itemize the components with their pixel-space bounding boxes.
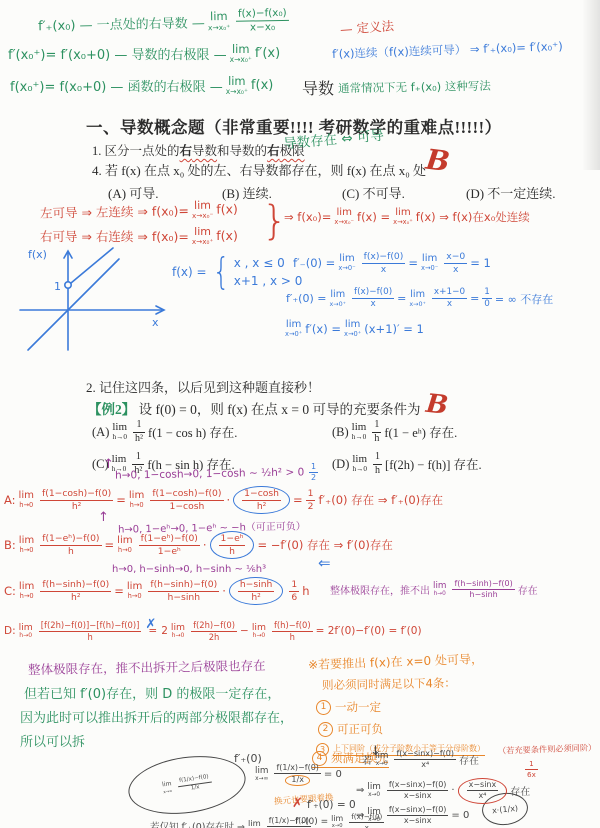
formula-token: ⇒ [356,810,364,821]
scratch-partial-bottom-line: 若仅知 f′₊(0)存在时 ⇒ limx→∞f(1/x)−f(0)1/x [150,817,314,828]
formula-token: limh→0 [127,582,142,600]
tip-remember-four: 2. 记住这四条，以后见到这种题直接秒！ [86,377,320,396]
formula-token: f(x) [251,78,273,93]
formula-token: limx→0⁺ [329,290,346,307]
q1-right-handwritten-2: 右 [267,144,280,158]
formula-token: f(x) ⇒ f(x)在x₀处连续 [416,209,530,225]
scratch-red-one-sixth-x: 16x [522,760,541,778]
formula-token: 存在 [459,752,479,767]
circled-number-1: 1 [316,700,331,715]
formula-token: f(1−cosh)−f(0)1−cosh [150,489,223,511]
piecewise-graph: f(x) x 1 [16,246,176,356]
formula-token: 10 [482,288,492,309]
formula-token: f′₊(x₀) — 一点处的右导数 — [38,12,205,34]
note-derivative-right-limit: f′(x₀⁺)= f′(x₀+0) — 导数的右极限 — limx→x₀⁺ f′… [8,44,280,64]
formula-token: f(x−sinx)−f(0)x−sinx [387,781,449,801]
note-right-derivative-definition: f′₊(x₀) — 一点处的右导数 — limx→x₀⁺f(x)−f(x₀)x−… [38,8,292,37]
q1-right-handwritten: 右 [180,144,193,158]
formula-token: · [227,493,231,507]
note-whole-limit-exists-c: 整体极限存在，推不出 limh→0f(h−sinh)−f(0)h−sinh 存在 [330,580,538,600]
formula-token: limh→0 [433,582,446,598]
formula-token: 16 [289,580,299,602]
formula-token: limh→0 [19,623,33,639]
formula-token: D: [4,625,16,637]
formula-token: [f(2h)−f(0)]−[f(h)−f(0)]h [39,621,142,642]
rule-heading-1: ※若要推出 f(x)在 x=0 处可导， [308,650,483,673]
work-left-differentiable: 左可导 ⇒ 左连续 ⇒ f(x₀)= limx→x₀⁻ f(x) [40,199,238,222]
formula-token: = [470,292,479,305]
formula-token: f(h)−f(0)h [272,621,313,642]
formula-token: = [116,493,126,507]
note-equivalent-infinitesimal-c: h→0, h−sinh→0, h−sinh ~ ⅙h³ [112,564,266,575]
graph-lines [20,248,164,350]
formula-token: limx→x₀⁺ [208,11,231,31]
formula-token: f(x)−f(0)x [362,252,406,274]
formula-token: 存在 [510,783,530,798]
formula-token: x−0x [444,252,467,274]
formula-token: f′(x₀⁺)= f′(x₀+0) — 导数的右极限 — [8,44,227,63]
formula-token: f(1 − eʰ) 存在. [384,423,457,441]
formula-token: 若仅知 f′₊(0)存在时 ⇒ [150,819,245,828]
circled-x-note-text: x·(1/x) [492,803,519,815]
example-2-text: 设 f(0) = 0，则 f(x) 在点 x = 0 可导的充要条件为 [139,402,421,417]
q1-text-2: 导数 [192,144,217,158]
formula-token: limx→x₀⁻ [334,208,354,226]
scratch-right-line-2: ⇒ limx→0f(x−sinx)−f(0)x−sinx · x−sinxx⁴ … [356,778,530,804]
work-left-derivative-at-0: f′₋(0) = limx→0⁻f(x)−f(0)x = limx→0⁻x−0x… [293,252,491,274]
formula-token: limx→0 [367,783,380,799]
piecewise-brace: { [213,251,230,293]
conclusion-green-2: 因为此时可以推出拆开后的两部分极限都存在， [20,707,293,726]
formula-token: 左可导 ⇒ 左连续 ⇒ f(x₀)= [40,201,189,222]
ex2-option-b: (B) limh→01h f(1 − eʰ) 存在. [332,420,457,444]
piecewise-definition: f(x) = { x , x ≤ 0 x+1 , x > 0 [172,256,302,288]
ex2-option-d: (D) limh→01h [f(2h) − f(h)] 存在. [332,452,482,476]
formula-token: limx→0⁻ [338,254,355,272]
formula-token: f(x−sinx)−f(0)x⁴ [394,750,456,770]
formula-token: 12 [306,489,316,511]
formula-token: 1−eʰh [210,531,255,559]
formula-token: x+1−0x [432,288,467,309]
formula-token: f′(x) = [305,322,341,336]
formula-token: ⇒ f(x₀)= [284,210,331,224]
formula-token: 1h² [133,420,145,444]
formula-token: limx→∞ [255,767,268,783]
note-fprime-continuous: f′(x)连续（f(x)连续可导） ⇒ f′₊(x₀)= f′(x₀⁺) [332,38,563,62]
q4-option-a: (A) 可导. [108,183,159,202]
formula-token: limx→0 [375,752,388,768]
formula-token: [f(2h) − f(h)] 存在. [385,455,482,473]
formula-token: f′₊(0) = [286,292,326,305]
formula-token: 整体极限存在，推不出 [330,582,430,597]
formula-token: = [408,256,418,270]
formula-token: A: [4,493,16,507]
formula-token: = ∞ 不存在 [495,291,553,307]
formula-token: 1h [372,420,381,444]
question-4: 4. 若 f(x) 在点 x₀ 处的左、右导数都存在，则 f(x) 在点 x₀ … [92,160,426,179]
q1-text-3: 和导数的 [217,144,267,158]
formula-token: = 1 [470,256,491,270]
scratch-wrong-claim: f′₊(0) = 0 [307,799,356,811]
rule-item-2-text: 可正可负 [337,721,383,737]
piecewise-lhs: f(x) = [172,265,207,279]
formula-token: limx→0 [331,815,343,828]
work-option-a: A: limh→0f(1−cosh)−f(0)h² = limh→0f(1−co… [4,486,443,514]
formula-token: limx→0⁺ [285,320,302,338]
note-equivalent-infinitesimal-a: h→0, 1−cosh→0, 1−cosh ~ ½h² > 0 [115,466,304,481]
formula-token: limx→x₀⁺ [192,226,213,245]
graph-label-fx: f(x) [28,248,47,261]
formula-token: = 0 [324,769,342,780]
example-2-label: 【例2】 [88,402,135,417]
arrow-up-a: ↑ [103,457,114,472]
formula-token: limh→0 [19,536,34,554]
formula-token: f′(x) [255,46,280,61]
conclusion-green-1: 但若已知 f′(0)存在，则 D 的极限一定存在， [24,683,280,702]
formula-token: = [105,538,115,552]
formula-token: f(1−eʰ)−f(0)h [40,534,101,556]
work-option-b: B: limh→0f(1−eʰ)−f(0)h = limh→0f(1−eʰ)−f… [4,531,393,559]
conclusion-green-3: 所以可以拆 [20,731,85,750]
formula-token: = 0 [451,810,469,821]
formula-token: f′₋(0) = [293,256,335,270]
arrow-back-implication: ⇐ [318,554,331,572]
formula-token: · [203,538,207,552]
formula-token: (A) [92,425,109,440]
circled-limit-blob: limx→∞f(1/x)−f(0)1/x [125,749,250,821]
formula-token: · [222,584,226,598]
formula-token: = −f′(0) 存在 ⇒ f′(0)存在 [257,537,392,553]
formula-token: 16x [525,760,538,778]
formula-token: limh→0 [117,536,132,554]
note-function-right-limit: f(x₀⁺)= f(x₀+0) — 函数的右极限 — limx→x₀⁺ f(x) [10,76,273,96]
rule-item-1-text: 一动一定 [335,699,381,715]
rule-heading-2: 则必须同时满足以下4条： [322,675,456,693]
formula-token: (D) [332,457,349,472]
formula-token: f(1/x)−f(0)1/x [267,817,311,828]
formula-token: = [293,493,303,507]
note-notation-usage: 通常情况下无 f₊(x₀) 这种写法 [338,78,491,97]
formula-token: 12 [309,463,318,483]
note-half-hint: 12 [306,463,321,483]
arrow-up-b: ↑ [98,510,109,525]
piecewise-case-2: x+1 , x > 0 [234,274,303,288]
formula-token: f(x) = [357,210,390,224]
formula-token: 1−coshh² [233,486,290,514]
work-right-limit-of-fprime: limx→0⁺ f′(x) = limx→0⁺ (x+1)′ = 1 [282,320,424,338]
formula-token: = [397,292,406,305]
formula-token: f(1/x)−f(0)1/x [177,774,212,793]
q4-option-d: (D) 不一定连续. [466,183,556,202]
formula-token: limh→0 [352,454,367,473]
formula-token: f(1 − cos h) 存在. [148,423,237,441]
formula-token: =✗ [148,625,157,637]
work-option-d: D: limh→0[f(2h)−f(0)]−[f(h)−f(0)]h=✗ 2li… [4,621,422,642]
page-edge-shadow [582,0,600,170]
rule-item-3-red-note: （若充要条件则必须同阶） [498,742,597,756]
conclusion-cannot-split: 整体极限存在，推不出拆开之后极限也存在 [28,656,266,678]
example-2-stem: 【例2】 设 f(0) = 0，则 f(x) 在点 x = 0 可导的充要条件为 [88,398,420,418]
formula-token: C: [4,584,16,598]
formula-token: f(x₀⁺)= f(x₀+0) — 函数的右极限 — [10,76,223,95]
ex2-option-a: (A) limh→01h² f(1 − cos h) 存在. [92,420,237,444]
formula-token: 若 [362,752,372,767]
formula-token: f′₊(0) 存在 ⇒ f′₊(0)存在 [318,492,443,508]
formula-token: f(1−cosh)−f(0)h² [40,489,113,511]
formula-token: 右可导 ⇒ 右连续 ⇒ f(x₀)= [40,227,189,245]
formula-token: f(h−sinh)−f(0)h² [40,580,111,602]
formula-token: limx→0 [367,808,380,824]
work-continuity-conclusion: ⇒ f(x₀)= limx→x₀⁻ f(x) = limx→x₀⁺ f(x) ⇒… [284,208,530,226]
formula-token: limx→x₀⁺ [393,208,413,226]
formula-token: limh→0 [19,582,34,600]
formula-token: B: [4,538,16,552]
formula-token: (B) [332,425,349,440]
question-1: 1. 区分一点处的右导数和导数的右极限 [92,141,305,159]
q4-option-c: (C) 不可导. [342,183,405,202]
work-right-differentiable: 右可导 ⇒ 右连续 ⇒ f(x₀)= limx→x₀⁺ f(x) [40,226,238,245]
formula-token: f(h−sinh)−f(0)h−sinh [148,580,219,602]
formula-token: f(2h)−f(0)2h [191,621,237,642]
formula-token: limx→0⁺ [344,320,361,338]
formula-token: f(h−sinh)−f(0)h−sinh [452,580,514,600]
formula-token: limx→x₀⁺ [226,76,248,96]
scratch-right-line-3: ⇒ limx→0f(x−sinx)−f(0)x−sinx = 0 [356,806,469,826]
scratch-right-line-1: 若 limx→0f(x−sinx)−f(0)x⁴ 存在 [362,750,479,770]
formula-token: 存在 [518,582,538,597]
formula-token: limx→0⁻ [421,254,438,272]
formula-token: limx→x₀⁻ [192,200,214,220]
printed-daoshu: 导数 [302,76,334,99]
work-option-c: C: limh→0f(h−sinh)−f(0)h² = limh→0f(h−si… [4,577,310,605]
formula-token: = [114,584,124,598]
formula-token: f(x) [216,201,238,216]
note-definition-method: — 定义法 [339,16,394,38]
circled-number-2: 2 [318,722,333,737]
formula-token: 2 [161,625,168,637]
formula-token: h [302,584,309,598]
formula-token: (x+1)′ = 1 [364,322,424,336]
formula-token: limh→0 [171,623,185,639]
formula-token: x−sinxx⁴ [458,778,508,804]
formula-token: limh→0 [129,491,144,509]
formula-token: limh→0 [252,623,266,639]
formula-token: f(x−sinx)−f(0)x−sinx [387,806,449,826]
formula-token: f(x) [216,228,238,243]
blob-formula: limx→∞f(1/x)−f(0)1/x [159,774,216,796]
formula-token: h−sinhh² [229,577,284,605]
formula-token: = 2f′(0)−f′(0) = f′(0) [316,625,422,637]
graph-label-one: 1 [54,280,61,293]
formula-token: 1h [373,452,382,476]
formula-token: limx→∞ [162,782,173,794]
formula-token: f(x)−f(x₀)x−x₀ [236,8,289,34]
scratch-mid-limit: limx→∞f(1/x)−f(0)1/x = 0 [252,764,342,786]
q1-text-1: 1. 区分一点处的 [92,144,180,158]
formula-token: f(x)−f(0)x [352,288,394,309]
work-right-derivative-at-0: f′₊(0) = limx→0⁺f(x)−f(0)x = limx→0⁺x+1−… [286,288,553,309]
formula-token: ⇒ [356,785,364,796]
notebook-page: f′₊(x₀) — 一点处的右导数 — limx→x₀⁺f(x)−f(x₀)x−… [0,0,600,828]
formula-token: · [451,785,454,796]
example-2-answer-mark: B [424,389,449,421]
scratch-red-cross: ✗ [292,796,303,811]
formula-token: limx→x₀⁺ [230,44,252,64]
rule-item-1: 1 一动一定 [316,699,381,715]
formula-token: − [240,625,249,637]
formula-token: f(1/x)−f(0)1/x [274,764,320,786]
formula-token: f(1−eʰ)−f(0)1−eʰ [139,534,200,556]
formula-token: limx→0⁺ [409,290,426,307]
q4-answer-mark: B [424,143,452,179]
graph-label-x: x [152,316,159,329]
formula-token: limh→0 [19,491,34,509]
rule-item-2: 2 可正可负 [318,721,383,737]
formula-token: limh→0 [352,422,367,441]
formula-token: limh→0 [112,422,127,441]
formula-token: limx→∞ [248,819,261,828]
